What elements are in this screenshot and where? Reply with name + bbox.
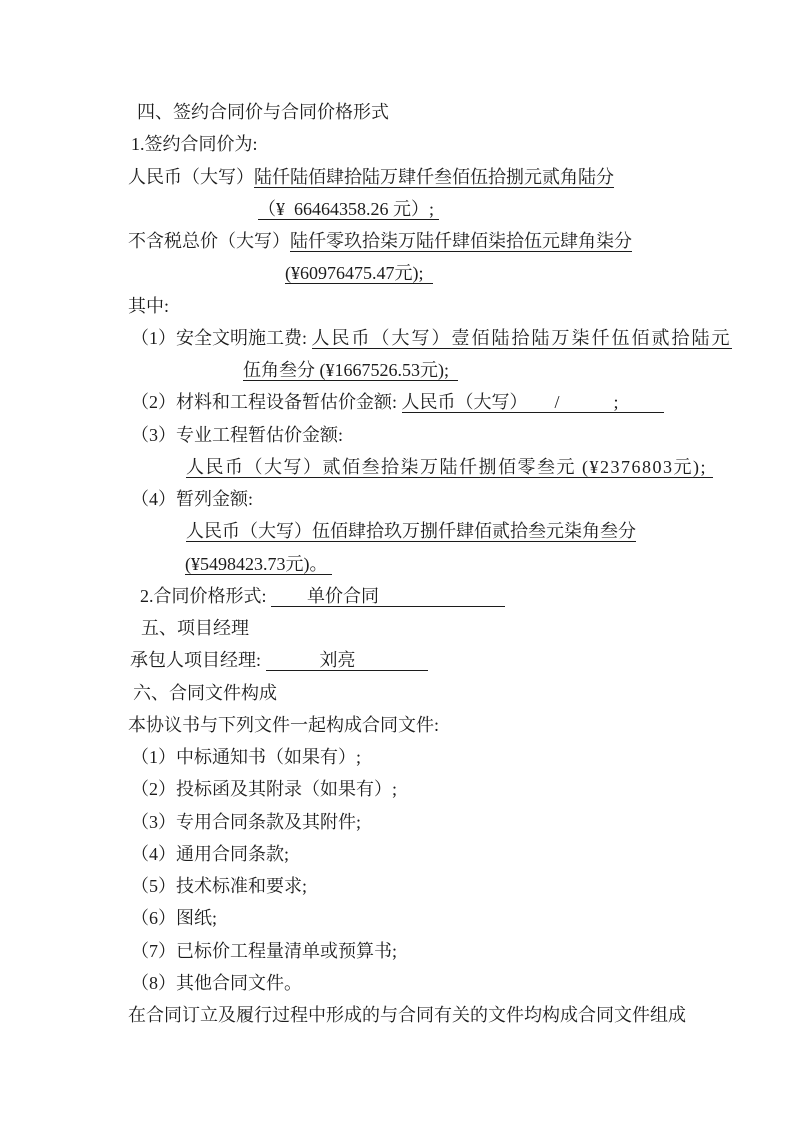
among-them-label: 其中:	[128, 296, 169, 316]
doc-item-text: （5）技术标准和要求;	[131, 876, 307, 896]
material-estimate-value: 人民币（大写） / ;	[402, 392, 664, 413]
section4-heading: 四、签约合同价与合同价格形式	[137, 102, 389, 122]
line-provisional-sum: （4）暂列金额:	[131, 483, 794, 515]
line-section4-heading: 四、签约合同价与合同价格形式	[137, 96, 794, 128]
notax-price-figures: (¥60976475.47元);	[285, 263, 433, 284]
section6-heading: 六、合同文件构成	[133, 683, 277, 703]
project-manager-value: 刘亮	[266, 650, 428, 671]
line-provisional-sum-figures: (¥5498423.73元)。	[185, 548, 794, 580]
material-estimate-label: （2）材料和工程设备暂估价金额:	[131, 392, 402, 412]
docs-footer-text: 在合同订立及履行过程中形成的与合同有关的文件均构成合同文件组成	[128, 1005, 686, 1025]
line-price-form: 2.合同价格形式: 单价合同	[140, 580, 794, 612]
contract-doc-item-5: （5）技术标准和要求;	[131, 870, 794, 902]
professional-estimate-label: （3）专业工程暂估价金额:	[131, 425, 343, 445]
doc-item-text: （4）通用合同条款;	[131, 844, 289, 864]
price-form-label: 2.合同价格形式:	[140, 586, 271, 606]
doc-item-text: （7）已标价工程量清单或预算书;	[131, 941, 397, 961]
project-manager-label: 承包人项目经理:	[130, 650, 266, 670]
contract-doc-item-3: （3）专用合同条款及其附件;	[131, 806, 794, 838]
doc-item-text: （8）其他合同文件。	[131, 973, 302, 993]
notax-price-words: 陆仟零玖拾柒万陆仟肆佰柒拾伍元肆角柒分	[290, 231, 632, 252]
contract-doc-item-8: （8）其他合同文件。	[131, 967, 794, 999]
doc-item-text: （3）专用合同条款及其附件;	[131, 812, 361, 832]
provisional-sum-figures: (¥5498423.73元)。	[185, 554, 332, 575]
line-project-manager: 承包人项目经理: 刘亮	[130, 644, 794, 676]
provisional-sum-label: （4）暂列金额:	[131, 489, 253, 509]
line-docs-intro: 本协议书与下列文件一起构成合同文件:	[128, 709, 794, 741]
contract-doc-item-7: （7）已标价工程量清单或预算书;	[131, 935, 794, 967]
line-docs-footer: 在合同订立及履行过程中形成的与合同有关的文件均构成合同文件组成	[128, 999, 794, 1031]
doc-item-text: （6）图纸;	[131, 908, 217, 928]
provisional-sum-words: 人民币（大写）伍佰肆拾玖万捌仟肆佰贰拾叁元柒角叁分	[186, 521, 636, 542]
doc-item-text: （1）中标通知书（如果有）;	[131, 747, 361, 767]
notax-price-label: 不含税总价（大写）	[128, 231, 290, 251]
contract-doc-item-1: （1）中标通知书（如果有）;	[131, 741, 794, 773]
line-material-estimate: （2）材料和工程设备暂估价金额: 人民币（大写） / ;	[131, 386, 794, 418]
price-form-value: 单价合同	[271, 586, 505, 607]
line-contract-price-intro: 1.签约合同价为:	[131, 128, 794, 160]
line-professional-estimate: （3）专业工程暂估价金额:	[131, 419, 794, 451]
contract-page: 四、签约合同价与合同价格形式 1.签约合同价为: 人民币（大写）陆仟陆佰肆拾陆万…	[0, 0, 794, 1123]
line-safety-fee: （1）安全文明施工费: 人民币（大写）壹佰陆拾陆万柒仟伍佰贰拾陆元	[131, 322, 794, 354]
contract-doc-item-4: （4）通用合同条款;	[131, 838, 794, 870]
contract-doc-item-2: （2）投标函及其附录（如果有）;	[131, 773, 794, 805]
docs-intro: 本协议书与下列文件一起构成合同文件:	[128, 715, 439, 735]
line-section6-heading: 六、合同文件构成	[133, 677, 794, 709]
line-section5-heading: 五、项目经理	[141, 612, 794, 644]
contract-price-figures: （¥ 66464358.26 元）;	[258, 199, 439, 220]
section5-heading: 五、项目经理	[141, 618, 249, 638]
safety-fee-label: （1）安全文明施工费:	[131, 328, 312, 348]
line-provisional-sum-words: 人民币（大写）伍佰肆拾玖万捌仟肆佰贰拾叁元柒角叁分	[186, 515, 794, 547]
line-notax-price-words: 不含税总价（大写）陆仟零玖拾柒万陆仟肆佰柒拾伍元肆角柒分	[128, 225, 794, 257]
doc-item-text: （2）投标函及其附录（如果有）;	[131, 779, 397, 799]
line-among-them: 其中:	[128, 290, 794, 322]
professional-estimate-value: 人民币（大写）贰佰叁拾柒万陆仟捌佰零叁元 (¥2376803元);	[186, 457, 713, 478]
safety-fee-figures: 伍角叁分 (¥1667526.53元);	[243, 360, 458, 381]
contract-price-intro: 1.签约合同价为:	[131, 134, 258, 154]
line-safety-fee-cont: 伍角叁分 (¥1667526.53元);	[243, 354, 794, 386]
contract-body: 四、签约合同价与合同价格形式 1.签约合同价为: 人民币（大写）陆仟陆佰肆拾陆万…	[128, 96, 794, 1031]
line-contract-price-figures: （¥ 66464358.26 元）;	[258, 193, 794, 225]
safety-fee-words: 人民币（大写）壹佰陆拾陆万柒仟伍佰贰拾陆元	[312, 328, 732, 349]
line-professional-estimate-value: 人民币（大写）贰佰叁拾柒万陆仟捌佰零叁元 (¥2376803元);	[186, 451, 794, 483]
contract-price-words: 陆仟陆佰肆拾陆万肆仟叁佰伍拾捌元贰角陆分	[254, 167, 614, 188]
line-notax-price-figures: (¥60976475.47元);	[285, 257, 794, 289]
line-contract-price-words: 人民币（大写）陆仟陆佰肆拾陆万肆仟叁佰伍拾捌元贰角陆分	[128, 161, 794, 193]
contract-doc-item-6: （6）图纸;	[131, 902, 794, 934]
rmb-caps-label: 人民币（大写）	[128, 167, 254, 187]
